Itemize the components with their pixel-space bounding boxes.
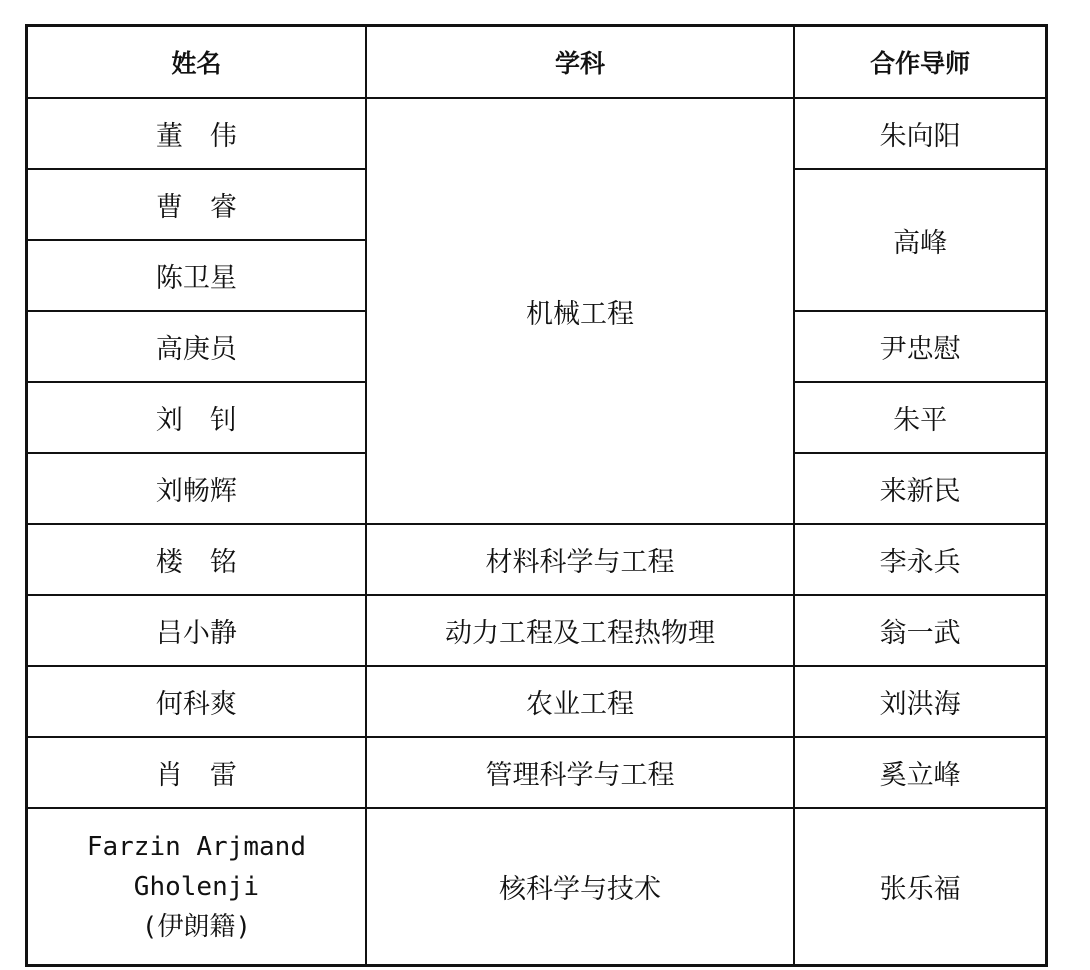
table-row: 董 伟 机械工程 朱向阳 (27, 98, 1047, 169)
cell-discipline: 核科学与技术 (366, 808, 794, 966)
cell-name: 陈卫星 (27, 240, 366, 311)
cell-discipline: 材料科学与工程 (366, 524, 794, 595)
table-row: Farzin Arjmand Gholenji (伊朗籍) 核科学与技术 张乐福 (27, 808, 1047, 966)
cell-name: 吕小静 (27, 595, 366, 666)
table-row: 何科爽 农业工程 刘洪海 (27, 666, 1047, 737)
cell-discipline: 机械工程 (366, 98, 794, 524)
cell-name: Farzin Arjmand Gholenji (伊朗籍) (27, 808, 366, 966)
cell-name: 刘 钊 (27, 382, 366, 453)
cell-supervisor: 刘洪海 (794, 666, 1046, 737)
cell-name: 何科爽 (27, 666, 366, 737)
name-line: Gholenji (28, 867, 365, 907)
cell-discipline: 管理科学与工程 (366, 737, 794, 808)
cell-supervisor: 朱平 (794, 382, 1046, 453)
cell-supervisor: 高峰 (794, 169, 1046, 311)
cell-discipline: 动力工程及工程热物理 (366, 595, 794, 666)
postdoc-table: 姓名 学科 合作导师 董 伟 机械工程 朱向阳 曹 睿 高峰 陈卫星 高庚员 尹… (25, 24, 1048, 967)
cell-name: 曹 睿 (27, 169, 366, 240)
header-name: 姓名 (27, 26, 366, 99)
cell-supervisor: 来新民 (794, 453, 1046, 524)
table-row: 吕小静 动力工程及工程热物理 翁一武 (27, 595, 1047, 666)
table-row: 肖 雷 管理科学与工程 奚立峰 (27, 737, 1047, 808)
cell-name: 高庚员 (27, 311, 366, 382)
cell-name: 肖 雷 (27, 737, 366, 808)
cell-discipline: 农业工程 (366, 666, 794, 737)
table-row: 楼 铭 材料科学与工程 李永兵 (27, 524, 1047, 595)
cell-name: 董 伟 (27, 98, 366, 169)
cell-supervisor: 翁一武 (794, 595, 1046, 666)
name-line: Farzin Arjmand (28, 827, 365, 867)
cell-name: 刘畅辉 (27, 453, 366, 524)
header-row: 姓名 学科 合作导师 (27, 26, 1047, 99)
header-supervisor: 合作导师 (794, 26, 1046, 99)
cell-supervisor: 朱向阳 (794, 98, 1046, 169)
cell-name: 楼 铭 (27, 524, 366, 595)
cell-supervisor: 奚立峰 (794, 737, 1046, 808)
cell-supervisor: 李永兵 (794, 524, 1046, 595)
name-line: (伊朗籍) (28, 907, 365, 947)
header-discipline: 学科 (366, 26, 794, 99)
cell-supervisor: 尹忠慰 (794, 311, 1046, 382)
cell-supervisor: 张乐福 (794, 808, 1046, 966)
